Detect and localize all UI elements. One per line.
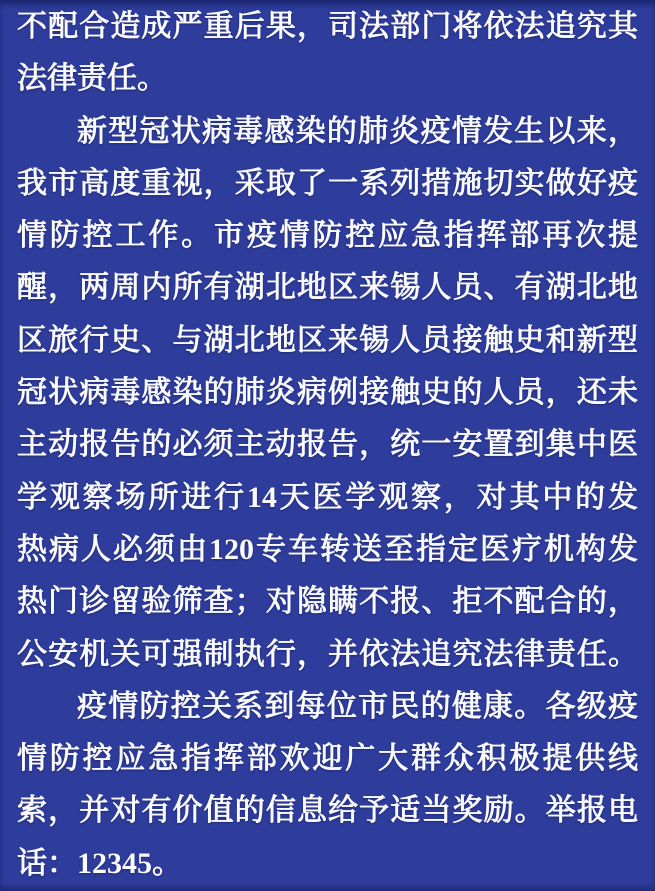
notice-line: 热病人必须由120专车转送至指定医疗机构发 bbox=[17, 524, 638, 576]
notice-page: 不配合造成严重后果，司法部门将依法追究其 法律责任。 新型冠状病毒感染的肺炎疫情… bbox=[0, 0, 655, 891]
notice-line: 区旅行史、与湖北地区来锡人员接触史和新型 bbox=[17, 315, 638, 367]
notice-line: 索，并对有价值的信息给予适当奖励。举报电 bbox=[17, 785, 638, 837]
notice-line: 热门诊留验筛查；对隐瞒不报、拒不配合的， bbox=[17, 576, 638, 628]
notice-line: 情防控应急指挥部欢迎广大群众积极提供线 bbox=[17, 733, 638, 785]
notice-line: 公安机关可强制执行，并依法追究法律责任。 bbox=[17, 629, 638, 681]
notice-line: 醒，两周内所有湖北地区来锡人员、有湖北地 bbox=[17, 262, 638, 314]
notice-line: 话：12345。 bbox=[17, 838, 638, 890]
notice-line: 主动报告的必须主动报告，统一安置到集中医 bbox=[17, 419, 638, 471]
notice-line: 学观察场所进行14天医学观察，对其中的发 bbox=[17, 472, 638, 524]
notice-line: 冠状病毒感染的肺炎病例接触史的人员，还未 bbox=[17, 367, 638, 419]
notice-text-block: 不配合造成严重后果，司法部门将依法追究其 法律责任。 新型冠状病毒感染的肺炎疫情… bbox=[0, 0, 655, 890]
notice-line: 法律责任。 bbox=[17, 53, 638, 105]
notice-line: 疫情防控关系到每位市民的健康。各级疫 bbox=[17, 681, 638, 733]
notice-line: 我市高度重视，采取了一系列措施切实做好疫 bbox=[17, 158, 638, 210]
notice-line: 不配合造成严重后果，司法部门将依法追究其 bbox=[17, 1, 638, 53]
notice-line: 情防控工作。市疫情防控应急指挥部再次提 bbox=[17, 210, 638, 262]
notice-line: 新型冠状病毒感染的肺炎疫情发生以来， bbox=[17, 106, 638, 158]
